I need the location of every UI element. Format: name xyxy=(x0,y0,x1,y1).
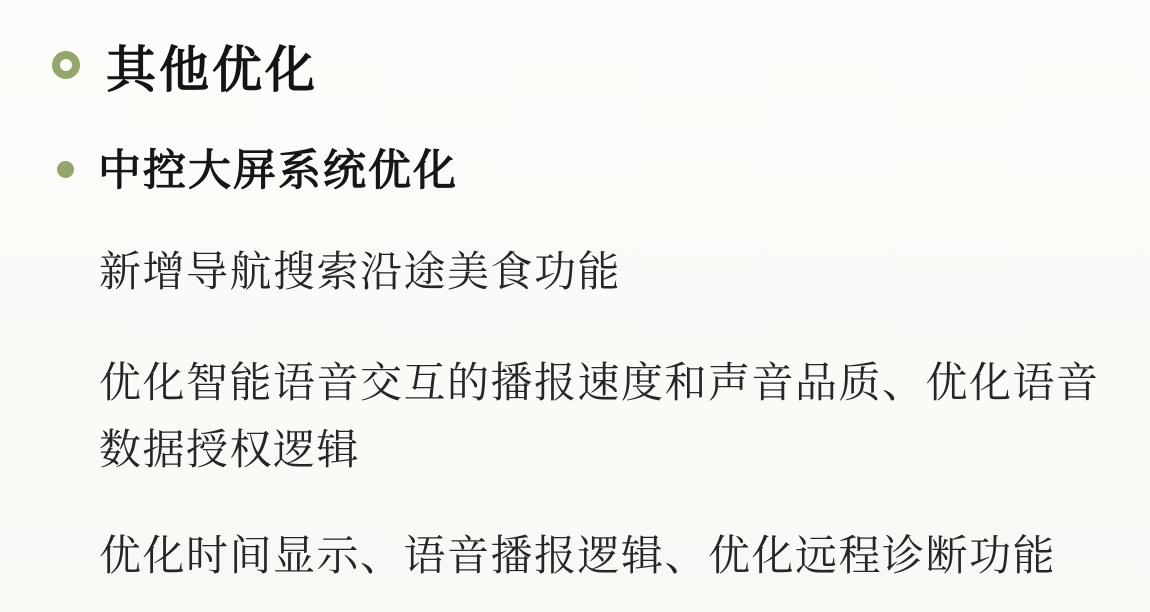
hollow-circle-bullet-icon xyxy=(52,51,80,79)
paragraph-voice-optimization-line-2: 数据授权逻辑 xyxy=(99,425,360,475)
paragraph-voice-optimization-line-1: 优化智能语音交互的播报速度和声音品质、优化语音 xyxy=(99,358,1100,408)
paragraph-nav-food-feature: 新增导航搜索沿途美食功能 xyxy=(99,247,621,297)
subsection-title: 中控大屏系统优化 xyxy=(98,146,458,197)
filled-circle-bullet-icon xyxy=(57,161,74,178)
paragraph-time-display-optimization: 优化时间显示、语音播报逻辑、优化远程诊断功能 xyxy=(99,531,1056,581)
release-notes-slide: 其他优化 中控大屏系统优化 新增导航搜索沿途美食功能 优化智能语音交互的播报速度… xyxy=(0,0,1150,612)
section-title: 其他优化 xyxy=(106,42,318,99)
